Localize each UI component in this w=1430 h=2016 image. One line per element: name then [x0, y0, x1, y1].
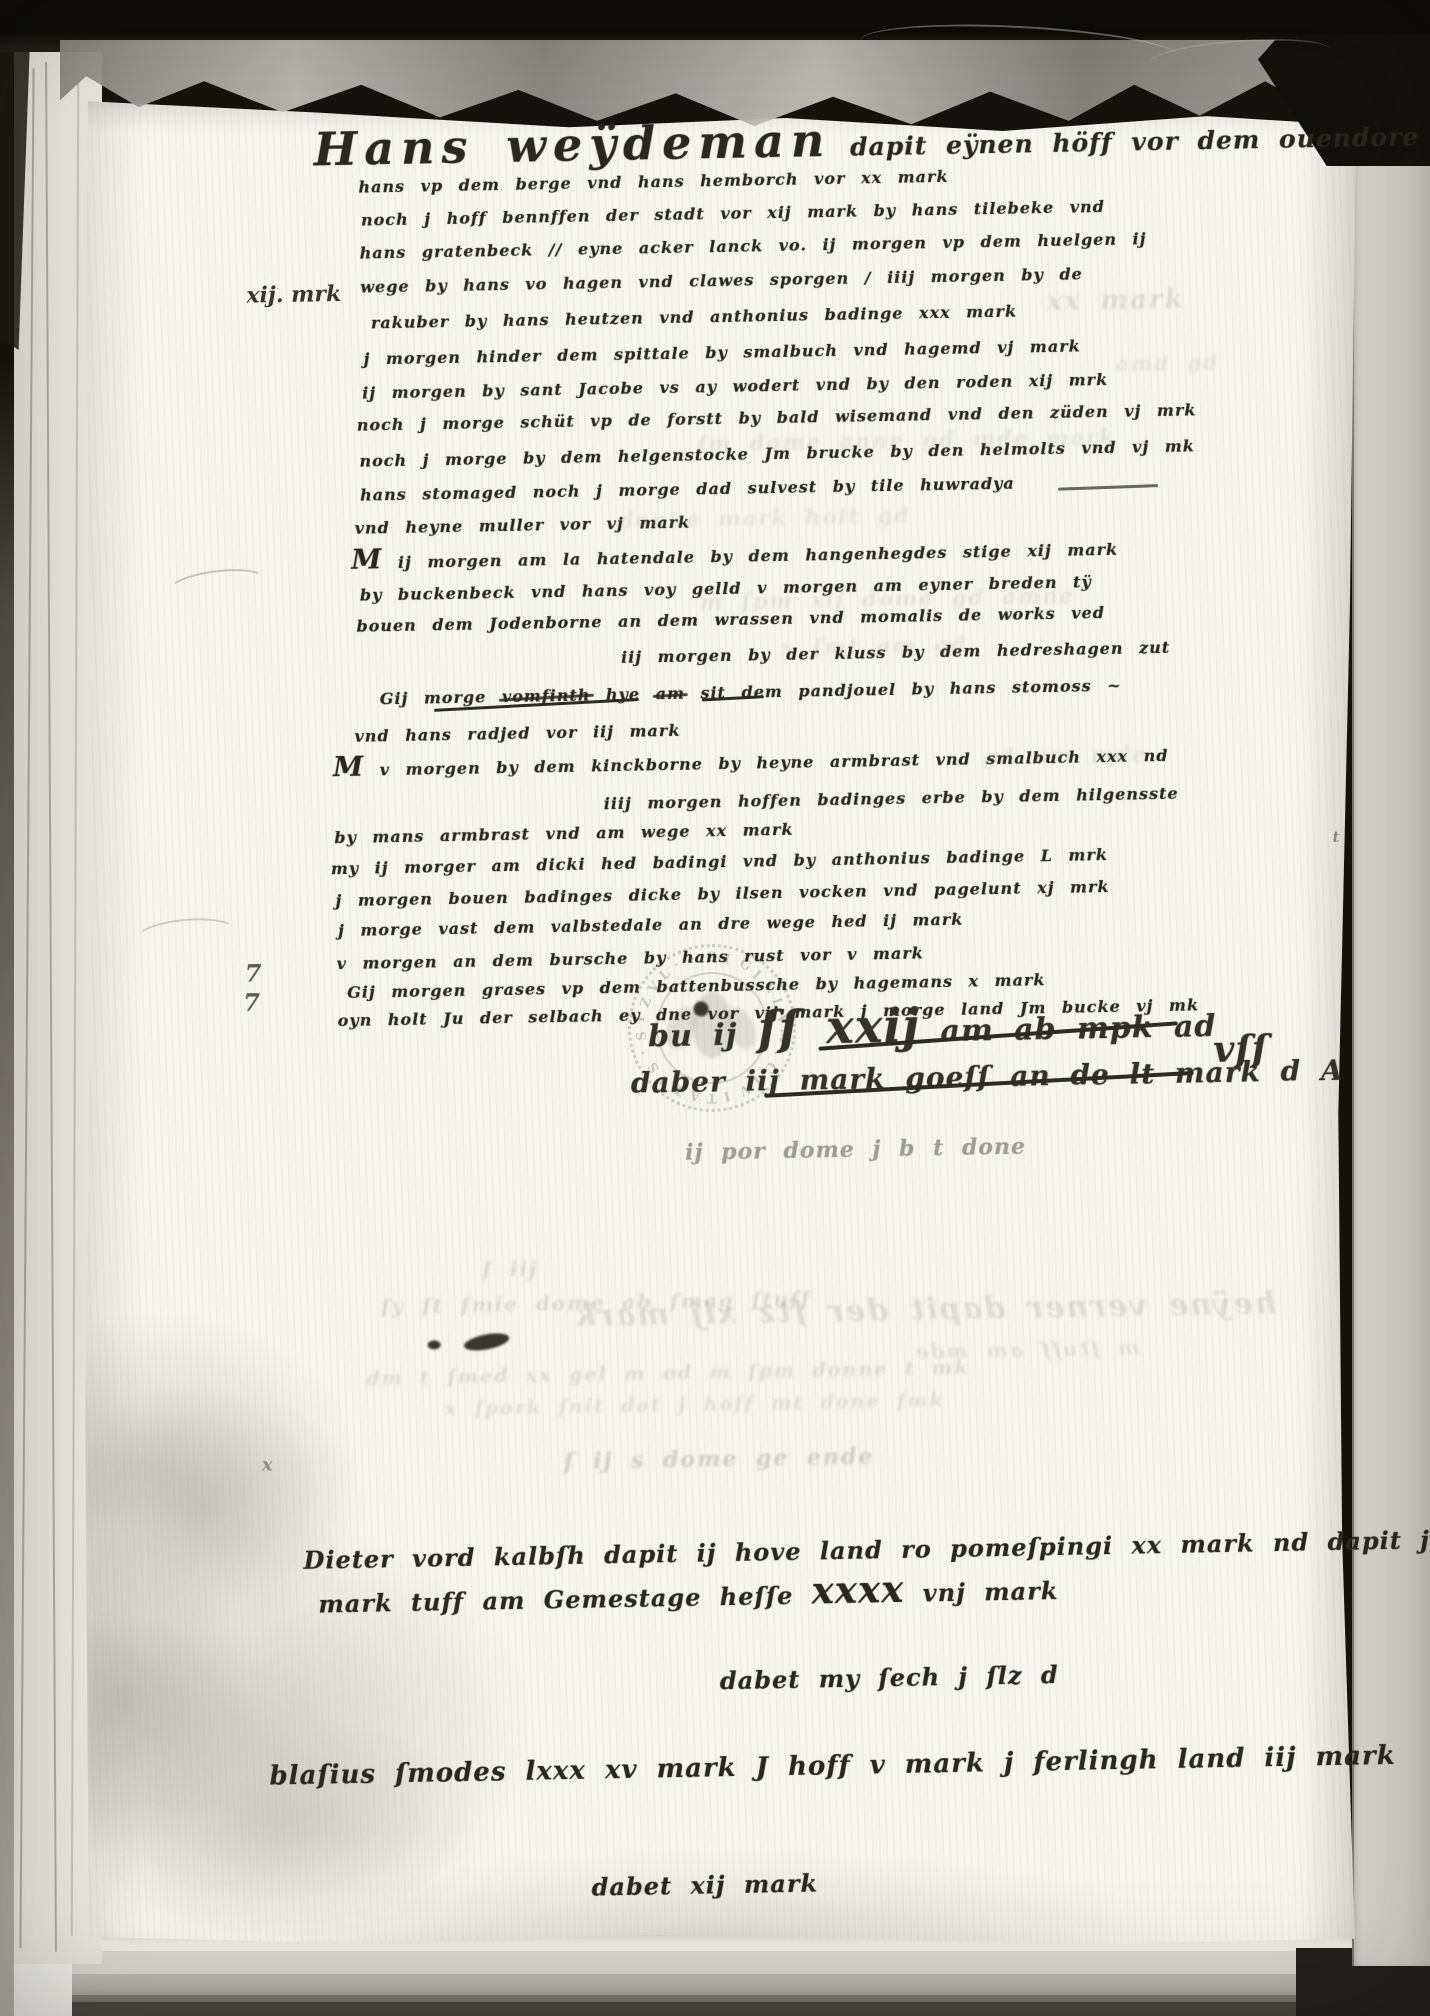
bleedthrough-line: x ſmt am gd	[781, 634, 968, 658]
manuscript-line: wege by hans vo hagen vnd clawes sporgen…	[360, 266, 1083, 295]
line-fragment: Gij morge	[380, 687, 502, 708]
manuscript-line: j morgen bouen badinges dicke by ilsen v…	[335, 879, 1109, 909]
entry-blasius: blaſius ſmodes lxxx xv mark J hoff v mar…	[269, 1743, 1396, 1790]
manuscript-line: M ij morgen am la hatendale by dem hange…	[351, 542, 1118, 572]
scrawl-sum-line: daber iij mark goeſſ an de lt mark d A	[631, 1057, 1344, 1098]
manuscript-line: hans gratenbeck // eyne acker lanck vo. …	[360, 231, 1147, 261]
manuscript-line: v morgen an dem bursche by hans rust vor…	[337, 945, 924, 972]
manuscript-line: j morgen hinder dem spittale by smalbuch…	[363, 338, 1080, 367]
manuscript-line: ij morgen by sant Jacobe vs ay wodert vn…	[362, 372, 1108, 402]
strike-stroke	[1058, 484, 1158, 491]
margin-note: x	[262, 1456, 273, 1474]
bleedthrough-line: x ſpork ſnit dat j hoff mt done ſmk	[445, 1391, 945, 1419]
line-fragment: M	[351, 543, 383, 576]
bleedthrough-line: ſ ij s dome ge ende	[564, 1445, 875, 1473]
faded-line: ij por dome j b t done	[685, 1136, 1026, 1164]
manuscript-line: vnd hans radjed vor iij mark	[354, 723, 680, 745]
bleedthrough-line: gd am mde	[983, 743, 1147, 767]
margin-note: 7	[243, 991, 260, 1015]
bleedthrough-line: amd gd	[1116, 352, 1219, 374]
line-fragment: dapit eÿnen höff vor dem ouendore by	[831, 121, 1430, 162]
manuscript-line: iiij morgen hoffen badinges erbe by dem …	[604, 786, 1179, 813]
heading-line: Hans weÿdeman dapit eÿnen höff vor dem o…	[313, 105, 1430, 172]
manuscript-line: noch j hoff bennffen der stadt vor xij m…	[361, 199, 1105, 229]
bleedthrough-line: dm t ſmed xx gel m od m ſpm donne t mk	[366, 1359, 970, 1389]
manuscript-line: hans stomaged noch j morge dad sulvest b…	[360, 476, 1015, 504]
bleedthrough-line: m ſpm xij dome gd amne	[700, 585, 1075, 613]
manuscript-line: my ij morger am dicki hed badingi vnd by…	[331, 847, 1108, 877]
margin-note: xij. mrk	[246, 283, 341, 307]
bleedthrough-line: donne mark holt gd	[618, 505, 911, 531]
manuscript-line: Gij morgen grases vp dem battenbussche b…	[347, 972, 1046, 1001]
margin-curve-mark	[166, 564, 268, 606]
line-fragment: mark tuff am Gemestage heſſe	[318, 1581, 812, 1619]
manuscript-line: by mans armbrast vnd am wege xx mark	[334, 822, 793, 846]
margin-curve-mark	[133, 914, 240, 957]
margin-note: 7	[245, 962, 262, 986]
dabet-line: dabet xij mark	[591, 1871, 818, 1899]
dabet-line: dabet my ſech j ſlz d	[720, 1663, 1059, 1693]
line-fragment: bu ij	[648, 1017, 759, 1054]
bleedthrough-line: xx mark	[1046, 286, 1185, 315]
bleedthrough-line: ſ iij	[482, 1258, 538, 1279]
manuscript-line: Gij morge vomfinth hye am sit dem pandjo…	[380, 678, 1122, 708]
struck-word: am	[655, 684, 685, 704]
handwritten-text-layer: Hans weÿdeman dapit eÿnen höff vor dem o…	[0, 0, 1430, 2016]
scanned-book-photo: SIGILLVM·CIVITATIS·SIZVL·· Hans weÿdeman…	[0, 0, 1430, 2016]
ink-blot	[463, 1330, 511, 1354]
entry-dieter: Dieter vord kalbſh dapit ij hove land ro…	[303, 1526, 1430, 1573]
manuscript-line: rakuber by hans heutzen vnd anthonius ba…	[371, 304, 1017, 332]
scrawl-sum-line: bu ij ſſ xxij am ab mpk ad	[648, 1012, 1217, 1052]
margin-note: t	[1332, 830, 1339, 845]
line-fragment: ij morgen am la hatendale by dem hangenh…	[382, 540, 1118, 572]
line-fragment: xxxx	[811, 1567, 904, 1613]
line-fragment: M	[333, 751, 365, 784]
line-fragment: vnj mark	[904, 1576, 1059, 1608]
ink-blot	[428, 1340, 441, 1349]
manuscript-line: j morge vast dem valbstedale an dre wege…	[338, 912, 964, 939]
entry-dieter: mark tuff am Gemestage heſſe xxxx vnj ma…	[318, 1579, 1058, 1617]
line-fragment: Hans weÿdeman	[313, 113, 831, 176]
